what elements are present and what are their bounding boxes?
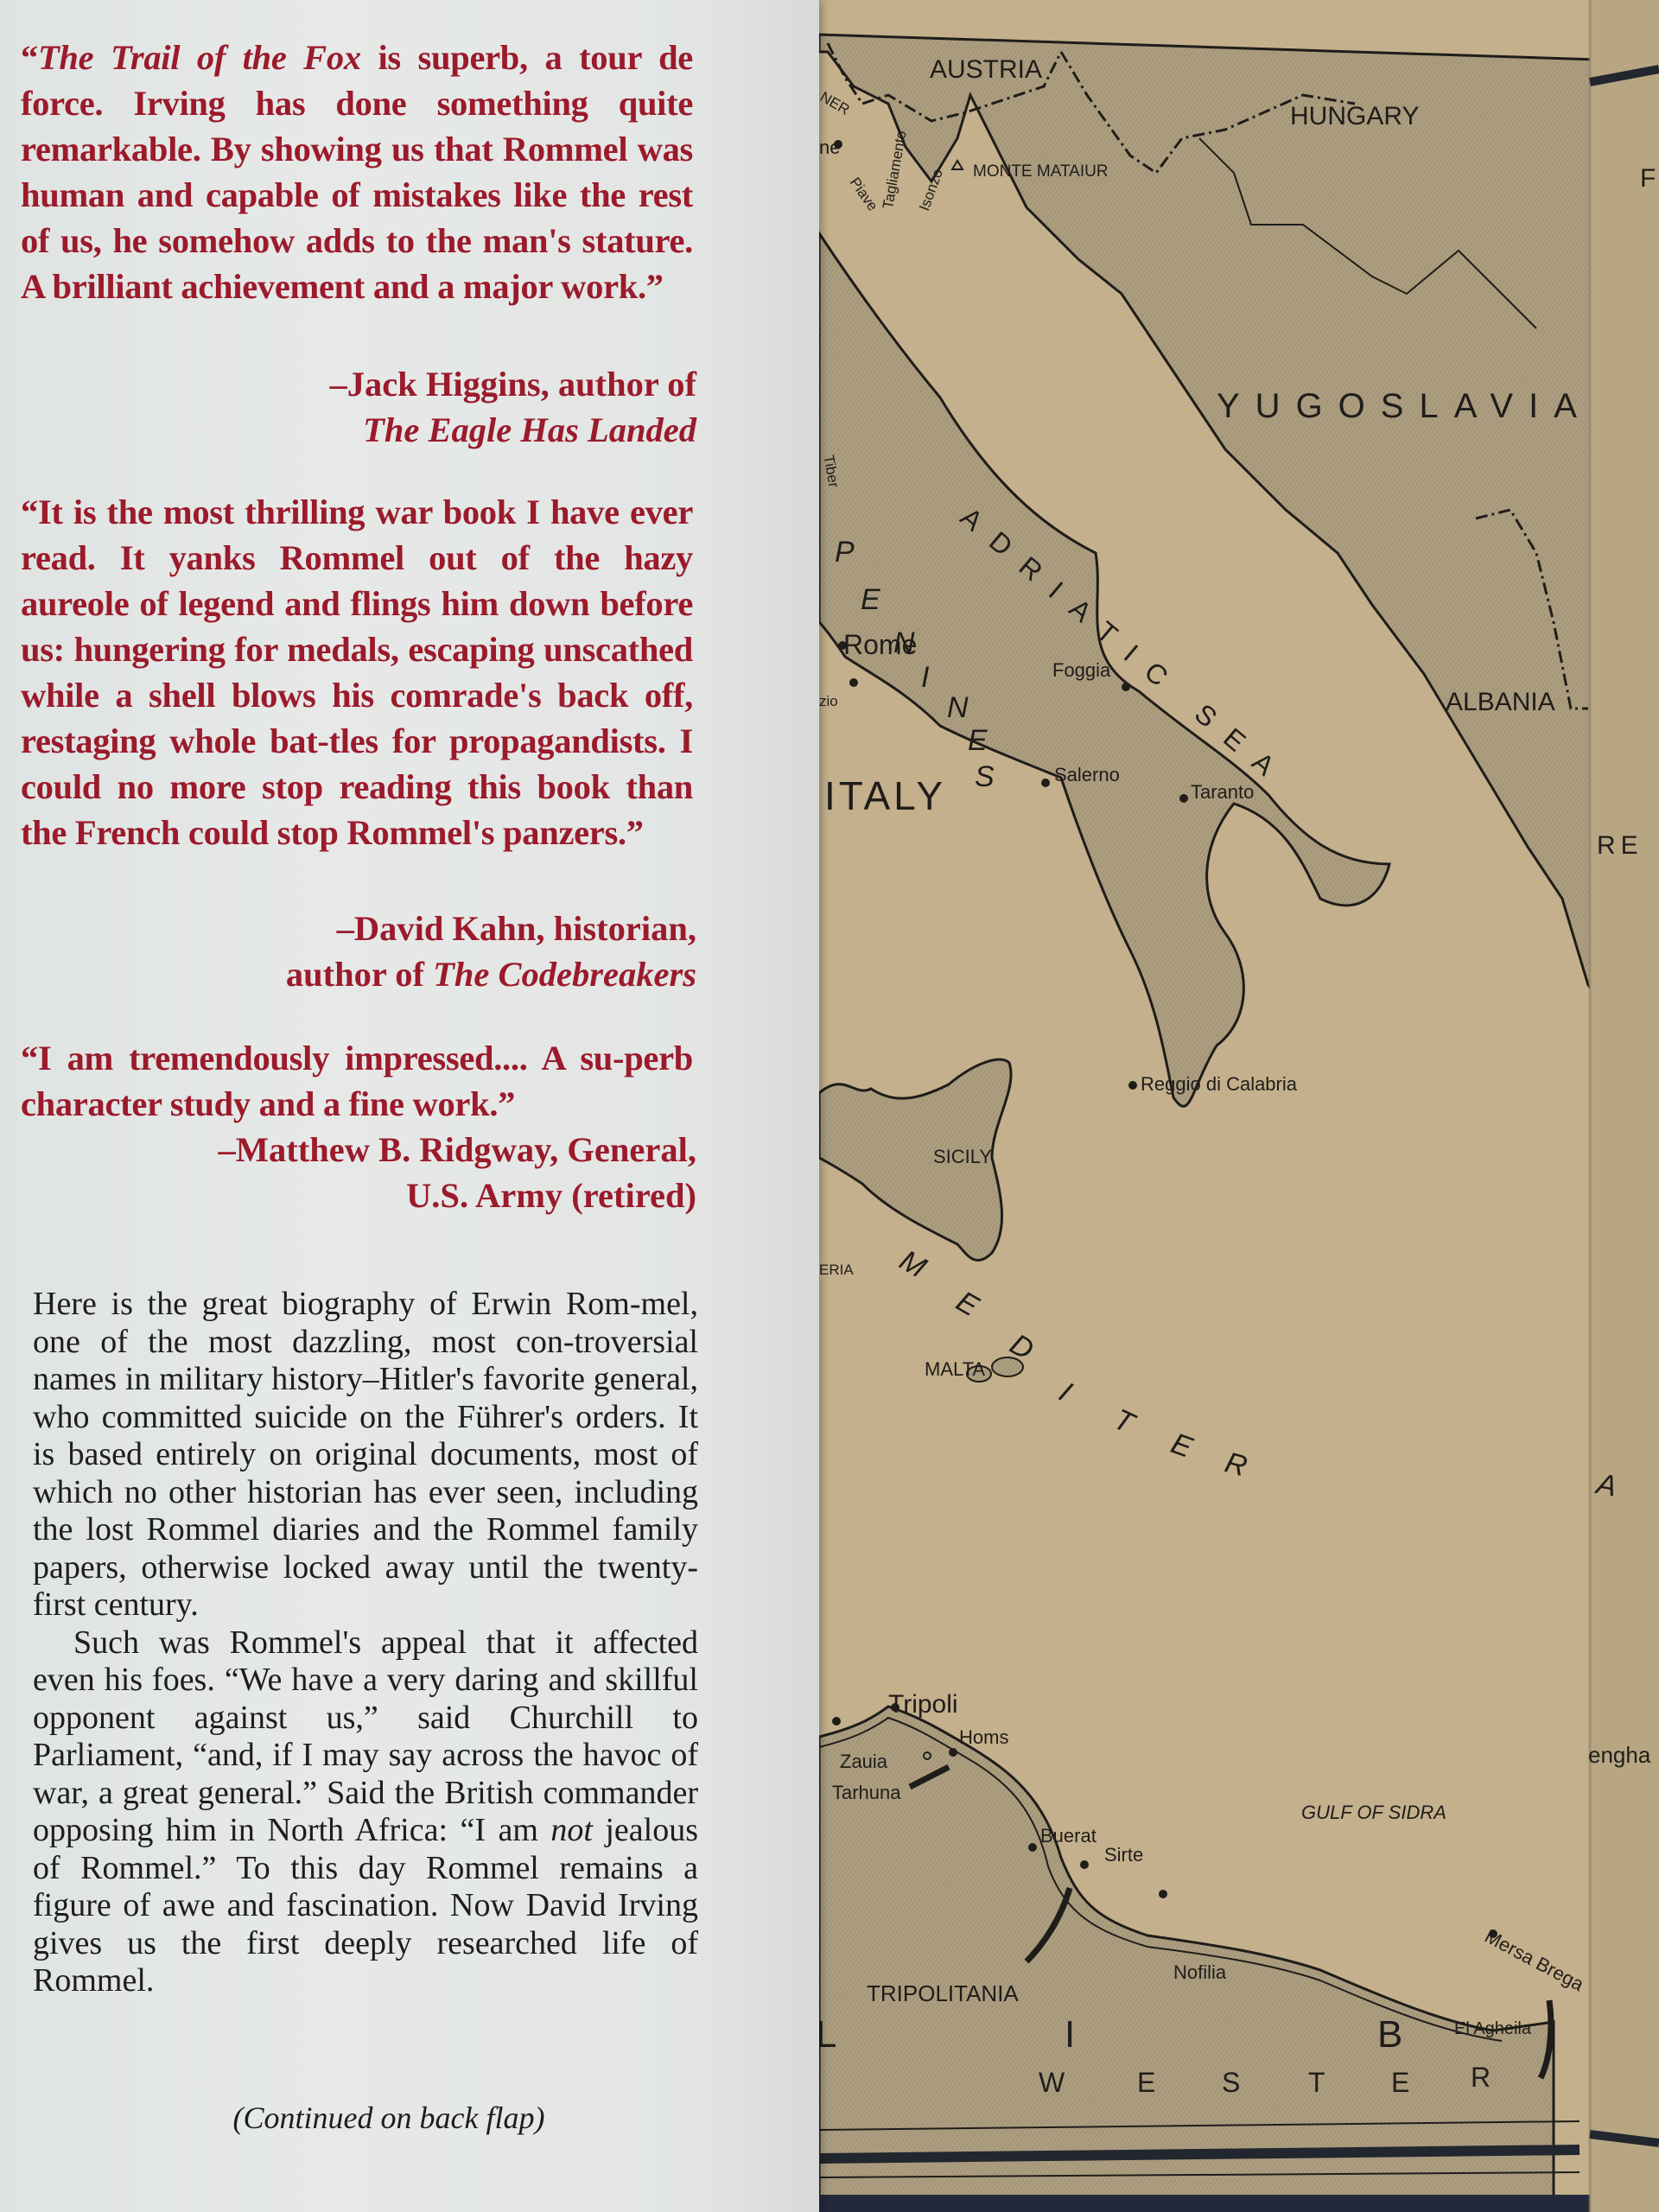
attribution-line: –Matthew B. Ridgway, General,	[219, 1127, 696, 1173]
label-western-letter: T	[1308, 2067, 1325, 2099]
label-libya-letter: L	[819, 2013, 836, 2056]
label-libya-letter: I	[1065, 2013, 1075, 2056]
label-partial-benghazi: engha	[1588, 1742, 1650, 1769]
attribution-line: –Jack Higgins, author of	[329, 361, 696, 407]
description: Here is the great biography of Erwin Rom…	[33, 1286, 698, 2000]
label-el-agheila: El Agheila	[1454, 2019, 1531, 2039]
label-rome: Rome	[843, 629, 917, 661]
continued-note: (Continued on back flap)	[0, 2100, 778, 2136]
attribution-higgins: –Jack Higgins, author of The Eagle Has L…	[329, 361, 696, 453]
label-buerat: Buerat	[1040, 1825, 1096, 1847]
label-salerno: Salerno	[1054, 764, 1120, 786]
label-partial-zio: zio	[819, 693, 838, 710]
label-partial-greece: RE	[1597, 831, 1643, 861]
label-apennines-letter: P	[835, 536, 855, 569]
label-homs: Homs	[959, 1726, 1008, 1749]
attribution-book: The Codebreakers	[433, 955, 696, 994]
label-western-letter: W	[1039, 2067, 1065, 2099]
label-apennines-letter: I	[921, 661, 929, 695]
label-hungary: HUNGARY	[1290, 102, 1419, 131]
label-apennines-letter: E	[861, 583, 880, 617]
attribution-ridgway: –Matthew B. Ridgway, General, U.S. Army …	[219, 1127, 696, 1218]
label-apennines-letter: E	[968, 724, 988, 758]
attribution-kahn: –David Kahn, historian, author of The Co…	[286, 906, 696, 997]
label-gulf-of-sidra: GULF OF SIDRA	[1301, 1802, 1446, 1824]
description-paragraph: Here is the great biography of Erwin Rom…	[33, 1286, 698, 1624]
attribution-prefix: author of	[286, 955, 433, 994]
description-paragraph: Such was Rommel's appeal that it affecte…	[33, 1624, 698, 2000]
label-nofilia: Nofilia	[1173, 1961, 1226, 1984]
label-western-letter: S	[1222, 2067, 1240, 2099]
attribution-book: The Eagle Has Landed	[363, 410, 696, 449]
label-western-letter: E	[1137, 2067, 1155, 2099]
book-title: The Trail of the Fox	[38, 38, 361, 77]
map-graphic	[819, 0, 1659, 2212]
label-partial-f: F	[1640, 164, 1656, 194]
quote-kahn: “It is the most thrilling war book I hav…	[21, 489, 693, 855]
attribution-line: U.S. Army (retired)	[219, 1173, 696, 1218]
label-apennines-letter: N	[947, 691, 969, 725]
attribution-line: –David Kahn, historian,	[286, 906, 696, 951]
endpaper-map: AUSTRIA HUNGARY YUGOSLAVIA ALBANIA ITALY…	[819, 0, 1659, 2212]
label-austria: AUSTRIA	[930, 55, 1042, 85]
label-italy: ITALY	[824, 772, 946, 819]
label-monte-mataiur: MONTE MATAIUR	[973, 162, 1109, 181]
open-quote: “	[21, 38, 38, 77]
label-malta: MALTA	[925, 1358, 985, 1381]
jacket-flap: “The Trail of the Fox is superb, a tour …	[0, 0, 819, 2212]
quote-higgins: “The Trail of the Fox is superb, a tour …	[21, 35, 693, 309]
label-taranto: Taranto	[1191, 781, 1254, 804]
label-zauia: Zauia	[840, 1751, 887, 1773]
label-tripolitania: TRIPOLITANIA	[867, 1980, 1019, 2007]
label-tripoli: Tripoli	[888, 1690, 958, 1719]
label-tarhuna: Tarhuna	[832, 1782, 901, 1804]
label-reggio-di-calabria: Reggio di Calabria	[1141, 1073, 1297, 1096]
label-western-letter: R	[1471, 2062, 1491, 2094]
label-apennines-letter: S	[975, 760, 995, 794]
label-libya-letter: B	[1377, 2013, 1402, 2056]
label-yugoslavia: YUGOSLAVIA	[1217, 387, 1592, 426]
label-partial-ne: ne	[819, 137, 840, 159]
emphasis: not	[550, 1812, 593, 1848]
quote-text: is superb, a tour de force. Irving has d…	[21, 38, 693, 306]
label-western-letter: E	[1391, 2067, 1409, 2099]
label-sirte: Sirte	[1104, 1844, 1143, 1866]
label-albania: ALBANIA	[1446, 688, 1555, 717]
label-partial-eria: ERIA	[819, 1262, 854, 1279]
quote-ridgway: “I am tremendously impressed.... A su-pe…	[21, 1035, 693, 1127]
label-foggia: Foggia	[1052, 659, 1110, 682]
label-sicily: SICILY	[933, 1146, 992, 1168]
